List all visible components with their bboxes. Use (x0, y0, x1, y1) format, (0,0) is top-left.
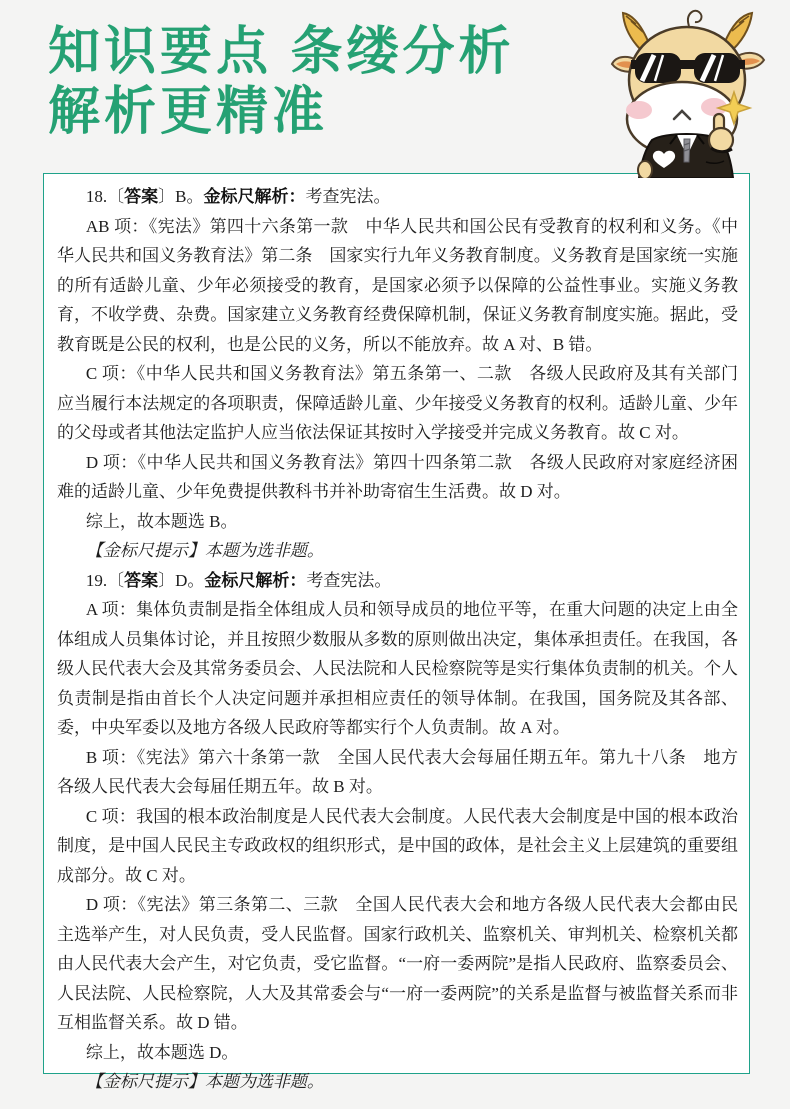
answer-heading-18: 18.〔答案〕B。金标尺解析：考查宪法。 (57, 182, 738, 212)
explanation-paragraph-ab: AB 项：《宪法》第四十六条第一款 中华人民共和国公民有受教育的权利和义务。《中… (57, 212, 738, 360)
answer-value-18: 〕B。 (158, 187, 203, 206)
question-number-19: 19.〔 (86, 571, 124, 590)
analysis-intro-18: 考查宪法。 (305, 187, 390, 206)
conclusion-line-19: 综上，故本题选 D。 (57, 1038, 738, 1068)
page-title-line1: 知识要点 条缕分析 (48, 22, 514, 82)
cow-mascot-illustration (610, 2, 766, 178)
question-number-18: 18.〔 (86, 187, 124, 206)
explanation-paragraph-c2: C 项：我国的根本政治制度是人民代表大会制度。人民代表大会制度是中国的根本政治制… (57, 802, 738, 891)
question-18-block: 18.〔答案〕B。金标尺解析：考查宪法。 AB 项：《宪法》第四十六条第一款 中… (57, 182, 738, 566)
explanation-paragraph-b: B 项：《宪法》第六十条第一款 全国人民代表大会每届任期五年。第九十八条 地方各… (57, 743, 738, 802)
answer-value-19: 〕D。 (158, 571, 204, 590)
hair-curl-icon (688, 11, 702, 26)
page-title-line2: 解析更精准 (48, 82, 514, 142)
analysis-intro-19: 考查宪法。 (306, 571, 391, 590)
page: { "page": { "background_color": "#f4f4f3… (0, 0, 790, 1109)
explanation-paragraph-c: C 项：《中华人民共和国义务教育法》第五条第一、二款 各级人民政府及其有关部门应… (57, 359, 738, 448)
answer-content-box: 18.〔答案〕B。金标尺解析：考查宪法。 AB 项：《宪法》第四十六条第一款 中… (43, 173, 750, 1074)
tip-line-18: 【金标尺提示】本题为选非题。 (57, 536, 738, 566)
conclusion-line-18: 综上，故本题选 B。 (57, 507, 738, 537)
analysis-label-19: 金标尺解析： (204, 571, 306, 590)
explanation-paragraph-a: A 项：集体负责制是指全体组成人员和领导成员的地位平等，在重大问题的决定上由全体… (57, 595, 738, 743)
cow-mascot-icon (610, 2, 766, 178)
explanation-paragraph-d2: D 项：《宪法》第三条第二、三款 全国人民代表大会和地方各级人民代表大会都由民主… (57, 890, 738, 1038)
analysis-label-18: 金标尺解析： (203, 187, 305, 206)
question-19-block: 19.〔答案〕D。金标尺解析：考查宪法。 A 项：集体负责制是指全体组成人员和领… (57, 566, 738, 1097)
answer-label-19: 答案 (124, 571, 158, 590)
page-header: 知识要点 条缕分析 解析更精准 (0, 0, 790, 173)
left-cheek-icon (626, 101, 652, 119)
page-title: 知识要点 条缕分析 解析更精准 (48, 22, 514, 142)
answer-label-18: 答案 (124, 187, 158, 206)
explanation-paragraph-d: D 项：《中华人民共和国义务教育法》第四十四条第二款 各级人民政府对家庭经济困难… (57, 448, 738, 507)
tip-line-19: 【金标尺提示】本题为选非题。 (57, 1067, 738, 1097)
answer-heading-19: 19.〔答案〕D。金标尺解析：考查宪法。 (57, 566, 738, 596)
left-hand-icon (638, 161, 652, 178)
